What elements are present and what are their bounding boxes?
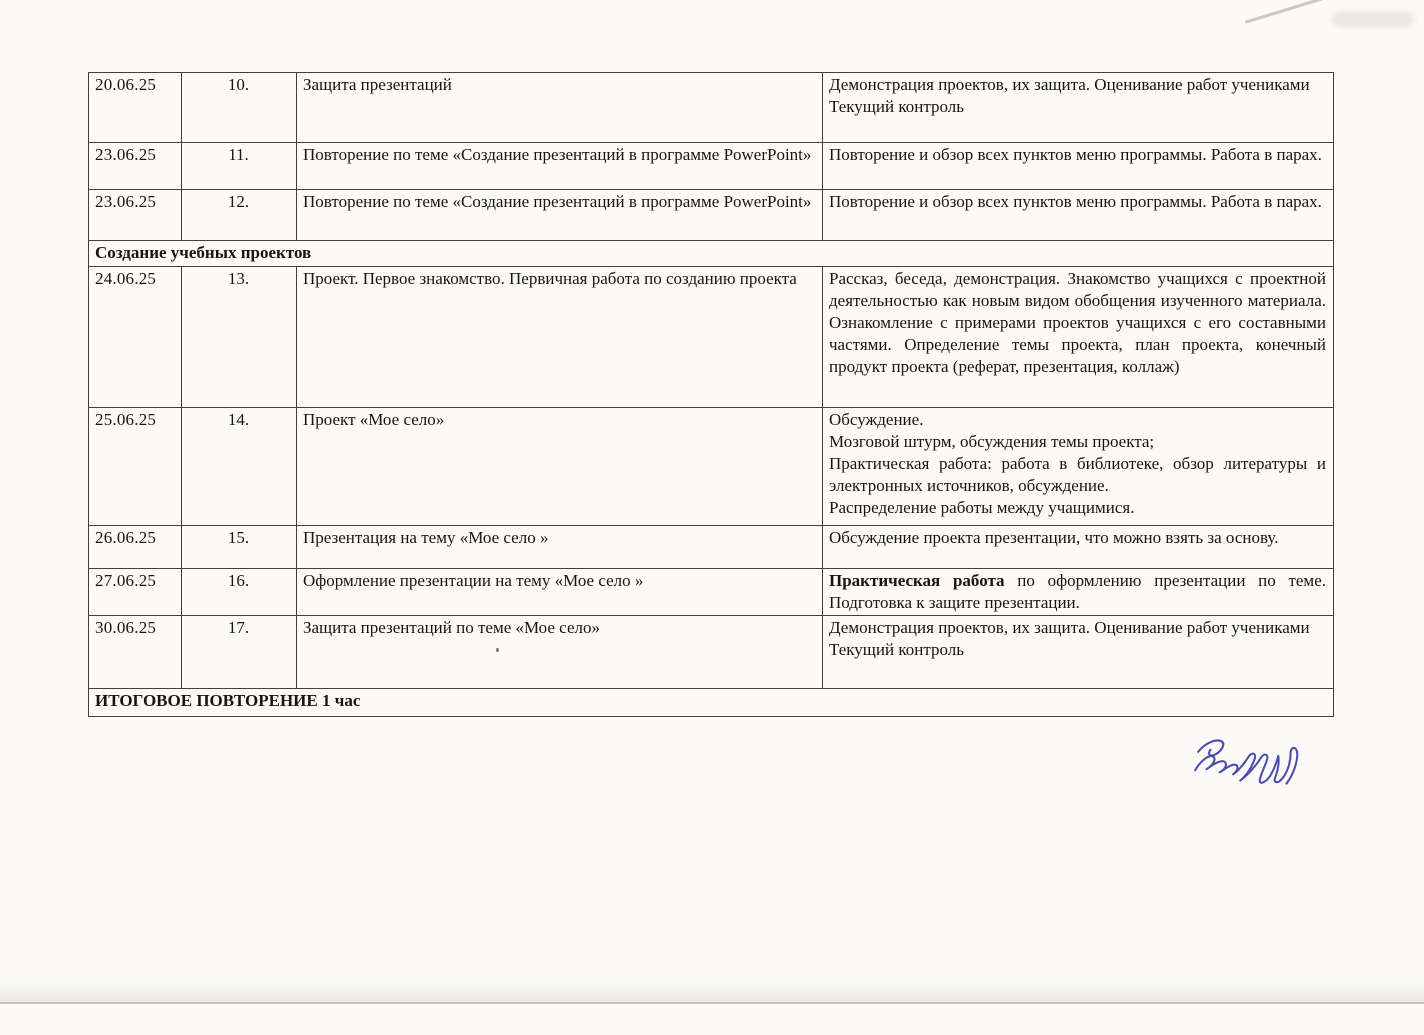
details-paragraph: Рассказ, беседа, демонстрация. Знакомств… <box>829 268 1326 378</box>
details-paragraph: Текущий контроль <box>829 96 1326 118</box>
lesson-number-cell: 10. <box>182 73 297 143</box>
activities-cell: Демонстрация проектов, их защита. Оценив… <box>823 616 1334 689</box>
topic-cell: Оформление презентации на тему «Мое село… <box>297 569 823 616</box>
details-paragraph: Практическая работа по оформлению презен… <box>829 570 1326 614</box>
topic-text: Презентация на тему «Мое село » <box>303 527 815 549</box>
table-row: 24.06.25 13. Проект. Первое знакомство. … <box>89 267 1334 408</box>
activities-cell: Обсуждение проекта презентации, что можн… <box>823 526 1334 569</box>
activities-cell: Демонстрация проектов, их защита. Оценив… <box>823 73 1334 143</box>
lesson-number-cell: 13. <box>182 267 297 408</box>
table-row: 23.06.25 12. Повторение по теме «Создани… <box>89 190 1334 241</box>
scanned-document-page: 20.06.25 10. Защита презентаций Демонстр… <box>0 0 1424 1035</box>
topic-text: Повторение по теме «Создание презентаций… <box>303 144 815 166</box>
date-cell: 27.06.25 <box>89 569 182 616</box>
footer-row: ИТОГОВОЕ ПОВТОРЕНИЕ 1 час <box>89 689 1334 717</box>
details-paragraph: Повторение и обзор всех пунктов меню про… <box>829 191 1326 213</box>
details-bold-lead: Практическая работа <box>829 571 1005 590</box>
details-paragraph: Распределение работы между учащимися. <box>829 497 1326 519</box>
section-header-row: Создание учебных проектов <box>89 241 1334 267</box>
date-cell: 30.06.25 <box>89 616 182 689</box>
details-paragraph: Обсуждение. <box>829 409 1326 431</box>
details-paragraph: Текущий контроль <box>829 639 1326 661</box>
signature-stroke <box>1198 740 1223 755</box>
details-paragraph: Практическая работа: работа в библиотеке… <box>829 453 1326 497</box>
lesson-number-cell: 12. <box>182 190 297 241</box>
topic-cell: Проект. Первое знакомство. Первичная раб… <box>297 267 823 408</box>
signature-stroke <box>1195 748 1297 784</box>
activities-cell: Повторение и обзор всех пунктов меню про… <box>823 190 1334 241</box>
lesson-number-cell: 15. <box>182 526 297 569</box>
topic-cell: Защита презентаций по теме «Мое село» <box>297 616 823 689</box>
topic-cell: Проект «Мое село» <box>297 408 823 526</box>
table-row: 23.06.25 11. Повторение по теме «Создани… <box>89 143 1334 190</box>
topic-text: Защита презентаций <box>303 74 815 96</box>
table-row: 27.06.25 16. Оформление презентации на т… <box>89 569 1334 616</box>
details-paragraph: Повторение и обзор всех пунктов меню про… <box>829 144 1326 166</box>
details-paragraph: Демонстрация проектов, их защита. Оценив… <box>829 617 1326 639</box>
date-cell: 24.06.25 <box>89 267 182 408</box>
activities-cell: Практическая работа по оформлению презен… <box>823 569 1334 616</box>
topic-cell: Защита презентаций <box>297 73 823 143</box>
topic-text: Проект. Первое знакомство. Первичная раб… <box>303 268 815 290</box>
lesson-plan-table: 20.06.25 10. Защита презентаций Демонстр… <box>88 72 1334 717</box>
topic-text: Повторение по теме «Создание презентаций… <box>303 191 815 213</box>
activities-cell: Обсуждение. Мозговой штурм, обсуждения т… <box>823 408 1334 526</box>
table-row: 25.06.25 14. Проект «Мое село» Обсуждени… <box>89 408 1334 526</box>
date-cell: 25.06.25 <box>89 408 182 526</box>
handwritten-signature <box>1190 729 1308 793</box>
topic-text: Защита презентаций по теме «Мое село» <box>303 617 815 639</box>
details-paragraph: Обсуждение проекта презентации, что можн… <box>829 527 1326 549</box>
lesson-number-cell: 16. <box>182 569 297 616</box>
topic-text: Проект «Мое село» <box>303 409 815 431</box>
lesson-number-cell: 17. <box>182 616 297 689</box>
date-cell: 23.06.25 <box>89 190 182 241</box>
date-cell: 23.06.25 <box>89 143 182 190</box>
date-cell: 26.06.25 <box>89 526 182 569</box>
topic-cell: Повторение по теме «Создание презентаций… <box>297 190 823 241</box>
table-row: 30.06.25 17. Защита презентаций по теме … <box>89 616 1334 689</box>
lesson-number-cell: 14. <box>182 408 297 526</box>
activities-cell: Повторение и обзор всех пунктов меню про… <box>823 143 1334 190</box>
topic-text: Оформление презентации на тему «Мое село… <box>303 570 815 592</box>
topic-cell: Презентация на тему «Мое село » <box>297 526 823 569</box>
ink-speck <box>496 648 499 652</box>
scan-corner-smudge <box>1332 12 1414 27</box>
scan-corner-streak <box>1245 0 1330 23</box>
scan-edge-shadow <box>0 984 1424 1004</box>
lesson-number-cell: 11. <box>182 143 297 190</box>
topic-cell: Повторение по теме «Создание презентаций… <box>297 143 823 190</box>
date-cell: 20.06.25 <box>89 73 182 143</box>
table-row: 26.06.25 15. Презентация на тему «Мое се… <box>89 526 1334 569</box>
details-paragraph: Демонстрация проектов, их защита. Оценив… <box>829 74 1326 96</box>
footer-label: ИТОГОВОЕ ПОВТОРЕНИЕ 1 час <box>89 689 1334 717</box>
table-row: 20.06.25 10. Защита презентаций Демонстр… <box>89 73 1334 143</box>
section-header: Создание учебных проектов <box>89 241 1334 267</box>
activities-cell: Рассказ, беседа, демонстрация. Знакомств… <box>823 267 1334 408</box>
details-paragraph: Мозговой штурм, обсуждения темы проекта; <box>829 431 1326 453</box>
